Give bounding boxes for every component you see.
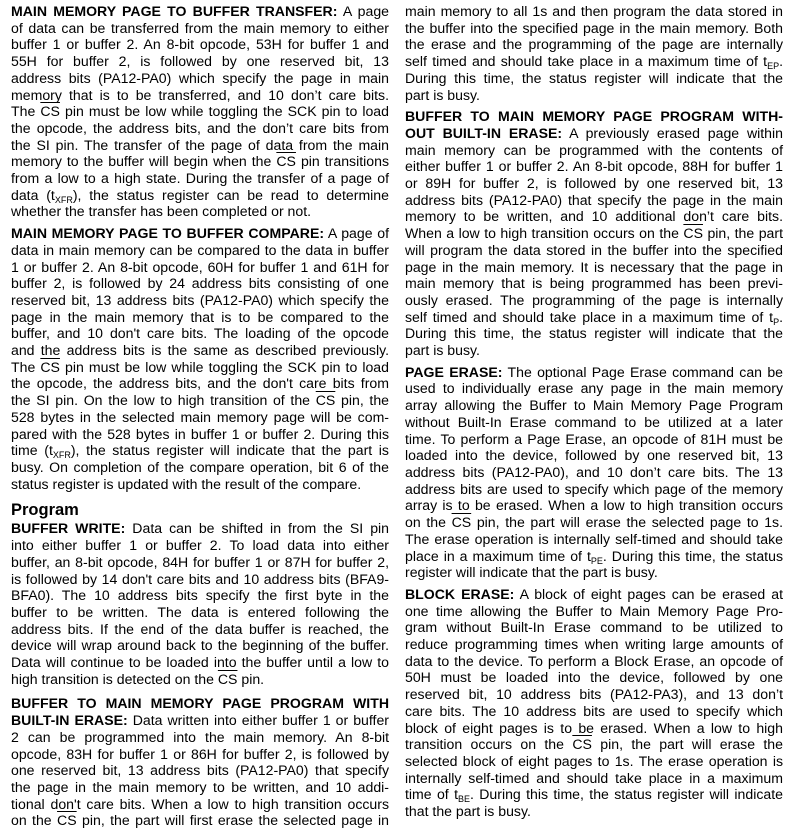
right-column: main memory to all 1s and then program t…	[405, 3, 783, 825]
section-heading: PAGE ERASE:	[405, 364, 502, 380]
cs-signal: CS	[40, 359, 60, 375]
paragraph-buffer-write: BUFFER WRITE: Data can be shifted in fro…	[11, 520, 389, 687]
cs-signal: CS	[316, 392, 336, 408]
cs-signal: CS	[452, 514, 472, 530]
paragraph-buffer-to-main-memory-with-erase: BUFFER TO MAIN MEMORY PAGE PROGRAM WITH …	[11, 695, 389, 829]
cs-signal: CS	[218, 671, 238, 687]
section-heading: MAIN MEMORY PAGE TO BUFFER TRANSFER:	[11, 3, 337, 19]
section-heading: BUILT-IN ERASE:	[11, 712, 128, 728]
paragraph-main-memory-page-to-buffer-transfer: MAIN MEMORY PAGE TO BUFFER TRANSFER: A p…	[11, 3, 389, 220]
section-heading: OUT BUILT-IN ERASE:	[405, 125, 562, 141]
cs-signal: CS	[57, 812, 77, 828]
cs-signal: CS	[40, 103, 60, 119]
cs-signal: CS	[572, 736, 592, 752]
section-title-program: Program	[11, 500, 389, 520]
cs-signal: CS	[276, 153, 296, 169]
left-column: MAIN MEMORY PAGE TO BUFFER TRANSFER: A p…	[11, 3, 389, 834]
section-heading: BUFFER WRITE:	[11, 520, 125, 536]
paragraph-page-erase: PAGE ERASE: The optional Page Erase comm…	[405, 364, 783, 581]
section-heading: BUFFER TO MAIN MEMORY PAGE PROGRAM WITH	[11, 695, 389, 712]
paragraph-block-erase: BLOCK ERASE: A block of eight pages can …	[405, 586, 783, 820]
paragraph-continuation: main memory to all 1s and then program t…	[405, 3, 783, 103]
section-heading: BUFFER TO MAIN MEMORY PAGE PROGRAM WITH-	[405, 108, 783, 125]
paragraph-main-memory-page-to-buffer-compare: MAIN MEMORY PAGE TO BUFFER COMPARE: A pa…	[11, 225, 389, 492]
section-heading: MAIN MEMORY PAGE TO BUFFER COMPARE:	[11, 225, 324, 241]
cs-signal: CS	[683, 225, 703, 241]
paragraph-buffer-to-main-memory-without-erase: BUFFER TO MAIN MEMORY PAGE PROGRAM WITH-…	[405, 108, 783, 359]
section-heading: BLOCK ERASE:	[405, 586, 514, 602]
